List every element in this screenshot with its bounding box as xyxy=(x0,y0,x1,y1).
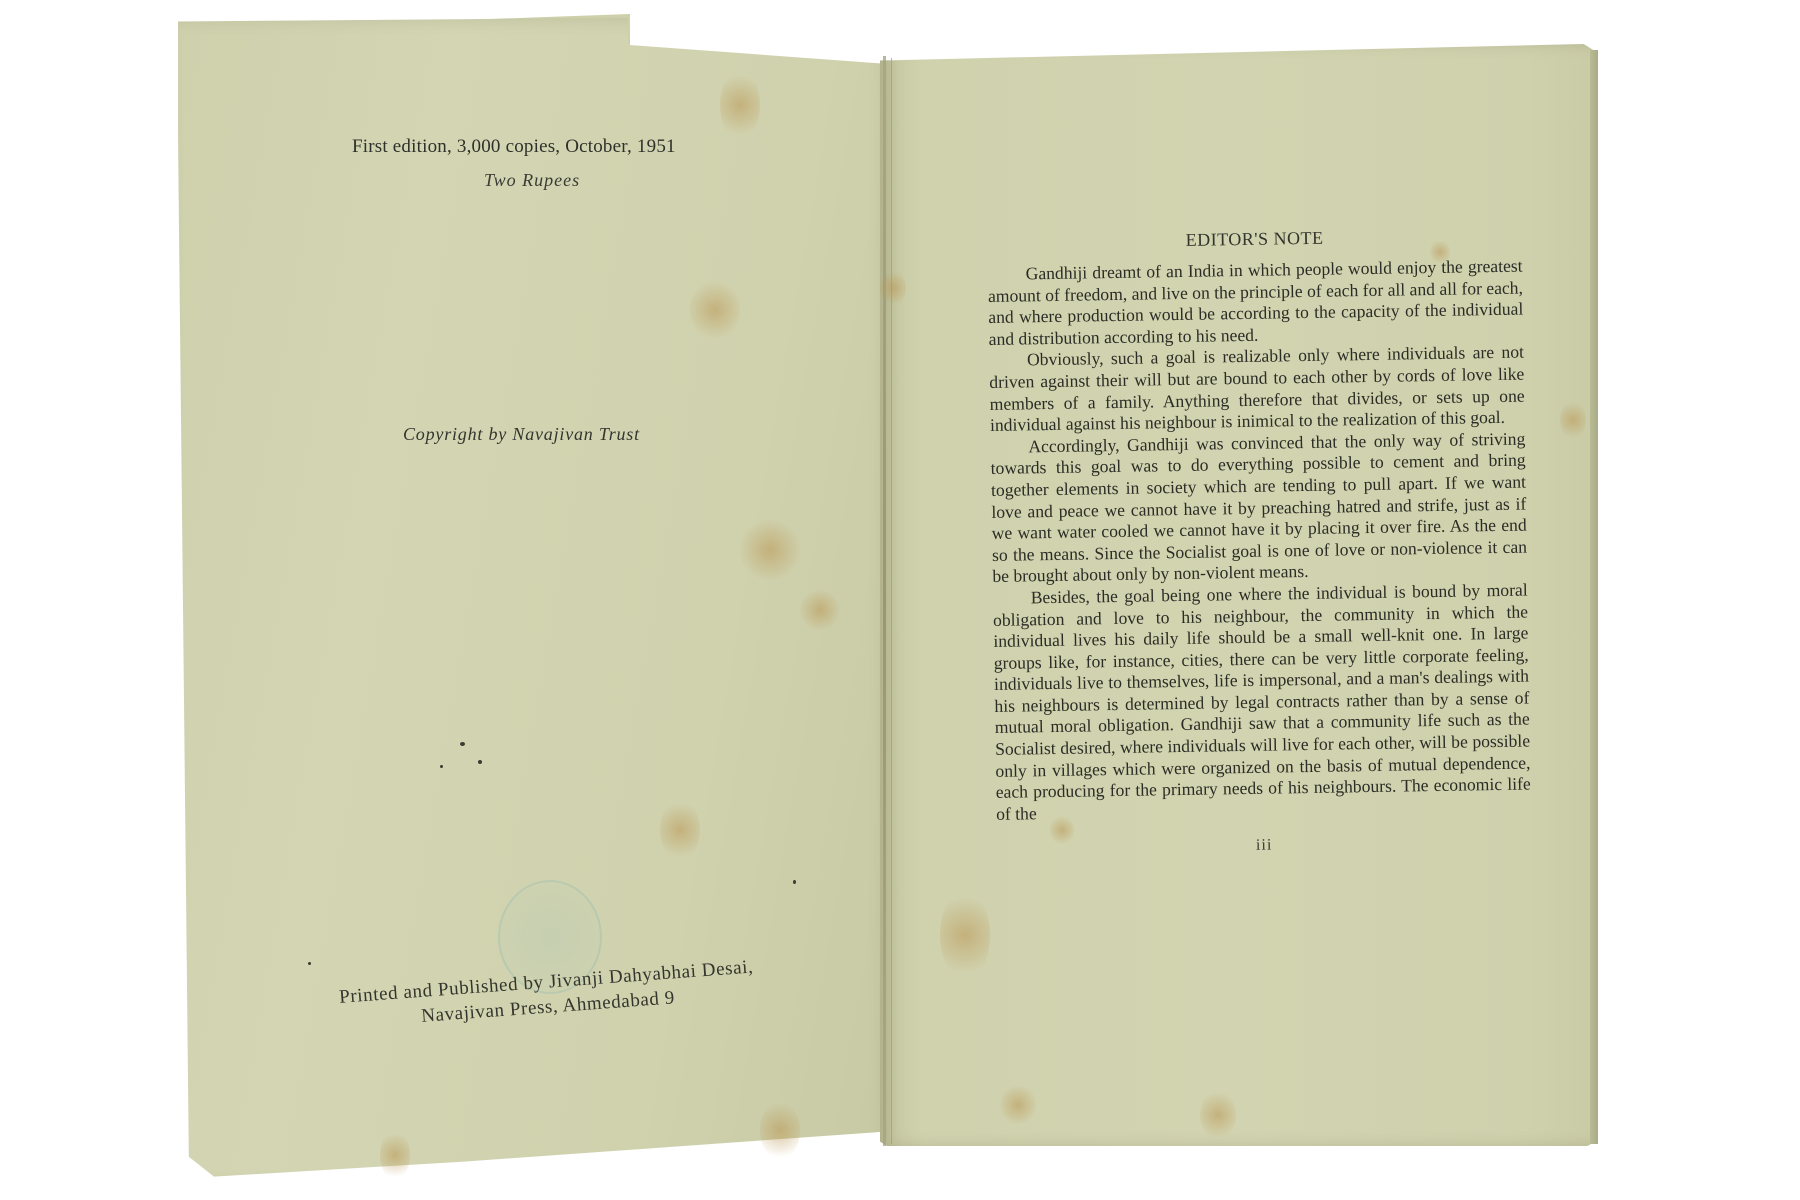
foxing-stain xyxy=(800,590,840,630)
foxing-stain xyxy=(380,1130,410,1180)
foxing-stain xyxy=(1000,1085,1036,1125)
price-info: Two Rupees xyxy=(484,170,580,191)
editors-note: EDITOR'S NOTE Gandhiji dreamt of an Indi… xyxy=(987,225,1532,860)
paragraph: Gandhiji dreamt of an India in which peo… xyxy=(987,256,1523,351)
foxing-stain xyxy=(690,280,740,340)
paragraph: Besides, the goal being one where the in… xyxy=(993,579,1532,825)
ink-speck xyxy=(478,760,482,764)
ink-speck xyxy=(793,880,796,884)
right-page-edge xyxy=(1590,50,1598,1144)
foxing-stain xyxy=(880,270,906,306)
foxing-stain xyxy=(760,1100,800,1160)
foxing-stain xyxy=(1200,1090,1236,1140)
paragraph: Obviously, such a goal is realizable onl… xyxy=(989,342,1525,437)
foxing-stain xyxy=(720,70,760,140)
open-book-scan: First edition, 3,000 copies, October, 19… xyxy=(0,0,1800,1200)
edition-info: First edition, 3,000 copies, October, 19… xyxy=(352,136,676,158)
foxing-stain xyxy=(740,520,800,580)
foxing-stain xyxy=(660,800,700,860)
book-gutter xyxy=(883,56,886,1146)
book-gutter-line xyxy=(891,58,892,1144)
ink-speck xyxy=(460,742,465,746)
copyright-notice: Copyright by Navajivan Trust xyxy=(403,424,640,445)
paragraph: Accordingly, Gandhiji was convinced that… xyxy=(990,428,1527,588)
ink-speck xyxy=(440,765,443,768)
foxing-stain xyxy=(940,890,990,980)
ink-speck xyxy=(308,962,311,965)
foxing-stain xyxy=(1560,400,1586,440)
